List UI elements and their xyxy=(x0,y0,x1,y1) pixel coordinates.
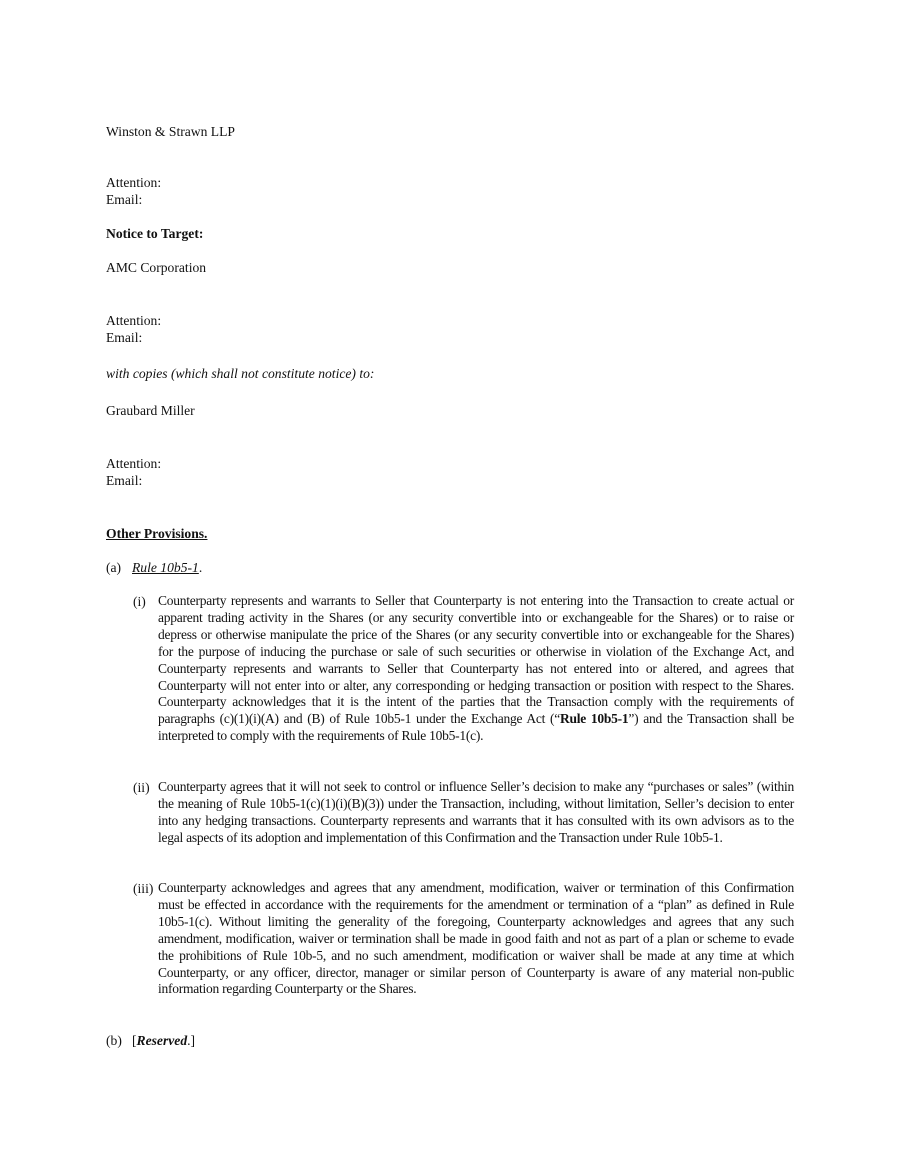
reserved-text: Reserved xyxy=(137,1033,188,1048)
notice-to-target-heading: Notice to Target: xyxy=(106,225,203,242)
item-label: (iii) xyxy=(133,880,153,897)
item-text-part: Counterparty represents and warrants to … xyxy=(158,593,794,726)
notice-firm-name: Winston & Strawn LLP xyxy=(106,123,235,140)
close-bracket: .] xyxy=(187,1033,195,1048)
email-label: Email: xyxy=(106,191,142,208)
defined-term: Rule 10b5-1 xyxy=(560,711,628,726)
attention-label: Attention: xyxy=(106,312,161,329)
provision-item-ii: (ii) Counterparty agrees that it will no… xyxy=(133,779,794,847)
section-a-title-text: Rule 10b5-1 xyxy=(132,560,199,575)
email-label: Email: xyxy=(106,472,142,489)
attention-label: Attention: xyxy=(106,174,161,191)
section-b-label: (b) xyxy=(106,1032,122,1049)
document-page: Winston & Strawn LLP Attention: Email: N… xyxy=(0,0,900,1163)
other-provisions-heading: Other Provisions. xyxy=(106,525,207,542)
provision-item-i: (i) Counterparty represents and warrants… xyxy=(133,593,794,745)
copies-heading: with copies (which shall not constitute … xyxy=(106,365,374,382)
section-a-title: Rule 10b5-1. xyxy=(132,559,202,576)
section-b-title: [Reserved.] xyxy=(132,1032,195,1049)
email-label: Email: xyxy=(106,329,142,346)
item-text: Counterparty represents and warrants to … xyxy=(158,593,794,745)
section-a-title-suffix: . xyxy=(199,560,202,575)
copies-firm-name: Graubard Miller xyxy=(106,402,195,419)
item-text: Counterparty agrees that it will not see… xyxy=(158,779,794,847)
target-company-name: AMC Corporation xyxy=(106,259,206,276)
item-label: (ii) xyxy=(133,779,150,796)
attention-label: Attention: xyxy=(106,455,161,472)
provision-item-iii: (iii) Counterparty acknowledges and agre… xyxy=(133,880,794,998)
section-a-label: (a) xyxy=(106,559,121,576)
item-text: Counterparty acknowledges and agrees tha… xyxy=(158,880,794,998)
item-label: (i) xyxy=(133,593,146,610)
